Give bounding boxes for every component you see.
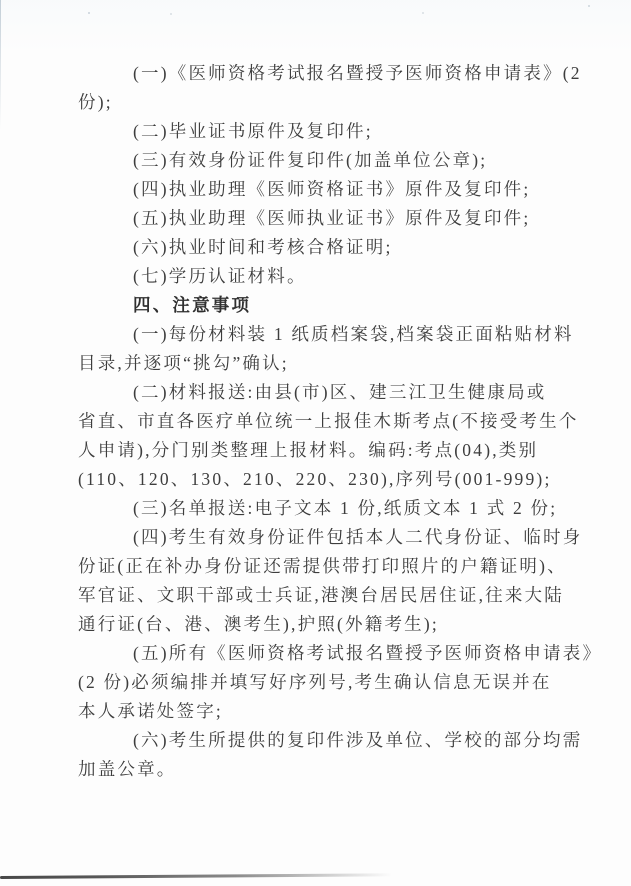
document-line: (一)每份材料装 1 纸质档案袋,档案袋正面粘贴材料 bbox=[78, 320, 594, 349]
scan-left-edge-line bbox=[0, 0, 1, 130]
scanned-document-page: (一)《医师资格考试报名暨授予医师资格申请表》(2份);(二)毕业证书原件及复印… bbox=[0, 0, 631, 886]
document-line: (110、120、130、210、220、230),序列号(001-999); bbox=[78, 465, 594, 494]
document-line: (二)毕业证书原件及复印件; bbox=[78, 117, 594, 146]
document-line: 份证(正在补办身份证还需提供带打印照片的户籍证明)、 bbox=[78, 552, 594, 581]
document-line: (三)名单报送:电子文本 1 份,纸质文本 1 式 2 份; bbox=[78, 494, 594, 523]
document-line: (四)执业助理《医师资格证书》原件及复印件; bbox=[78, 175, 594, 204]
document-line: (四)考生有效身份证件包括本人二代身份证、临时身 bbox=[78, 523, 594, 552]
document-line: (2 份)必须编排并填写好序列号,考生确认信息无误并在 bbox=[78, 668, 594, 697]
document-line: 加盖公章。 bbox=[78, 755, 594, 784]
document-line: 人申请),分门别类整理上报材料。编码:考点(04),类别 bbox=[78, 436, 594, 465]
document-line: 军官证、文职干部或士兵证,港澳台居民居住证,往来大陆 bbox=[78, 581, 594, 610]
scan-bottom-edge-shadow bbox=[0, 873, 392, 879]
document-line: 四、注意事项 bbox=[78, 291, 594, 320]
document-line: (三)有效身份证件复印件(加盖单位公章); bbox=[78, 146, 594, 175]
document-line: (六)考生所提供的复印件涉及单位、学校的部分均需 bbox=[78, 726, 594, 755]
document-line: 目录,并逐项“挑勾”确认; bbox=[78, 349, 594, 378]
document-line: (五)所有《医师资格考试报名暨授予医师资格申请表》 bbox=[78, 639, 594, 668]
document-line: (五)执业助理《医师执业证书》原件及复印件; bbox=[78, 204, 594, 233]
document-line: (七)学历认证材料。 bbox=[78, 262, 594, 291]
document-line: 本人承诺处签字; bbox=[78, 697, 594, 726]
document-line: 通行证(台、港、澳考生),护照(外籍考生); bbox=[78, 610, 594, 639]
document-line: (一)《医师资格考试报名暨授予医师资格申请表》(2 bbox=[78, 59, 594, 88]
document-line: (二)材料报送:由县(市)区、建三江卫生健康局或 bbox=[78, 378, 594, 407]
document-line: 份); bbox=[78, 88, 594, 117]
document-line: 省直、市直各医疗单位统一上报佳木斯考点(不接受考生个 bbox=[78, 407, 594, 436]
document-line: (六)执业时间和考核合格证明; bbox=[78, 233, 594, 262]
document-text-block: (一)《医师资格考试报名暨授予医师资格申请表》(2份);(二)毕业证书原件及复印… bbox=[78, 59, 594, 784]
